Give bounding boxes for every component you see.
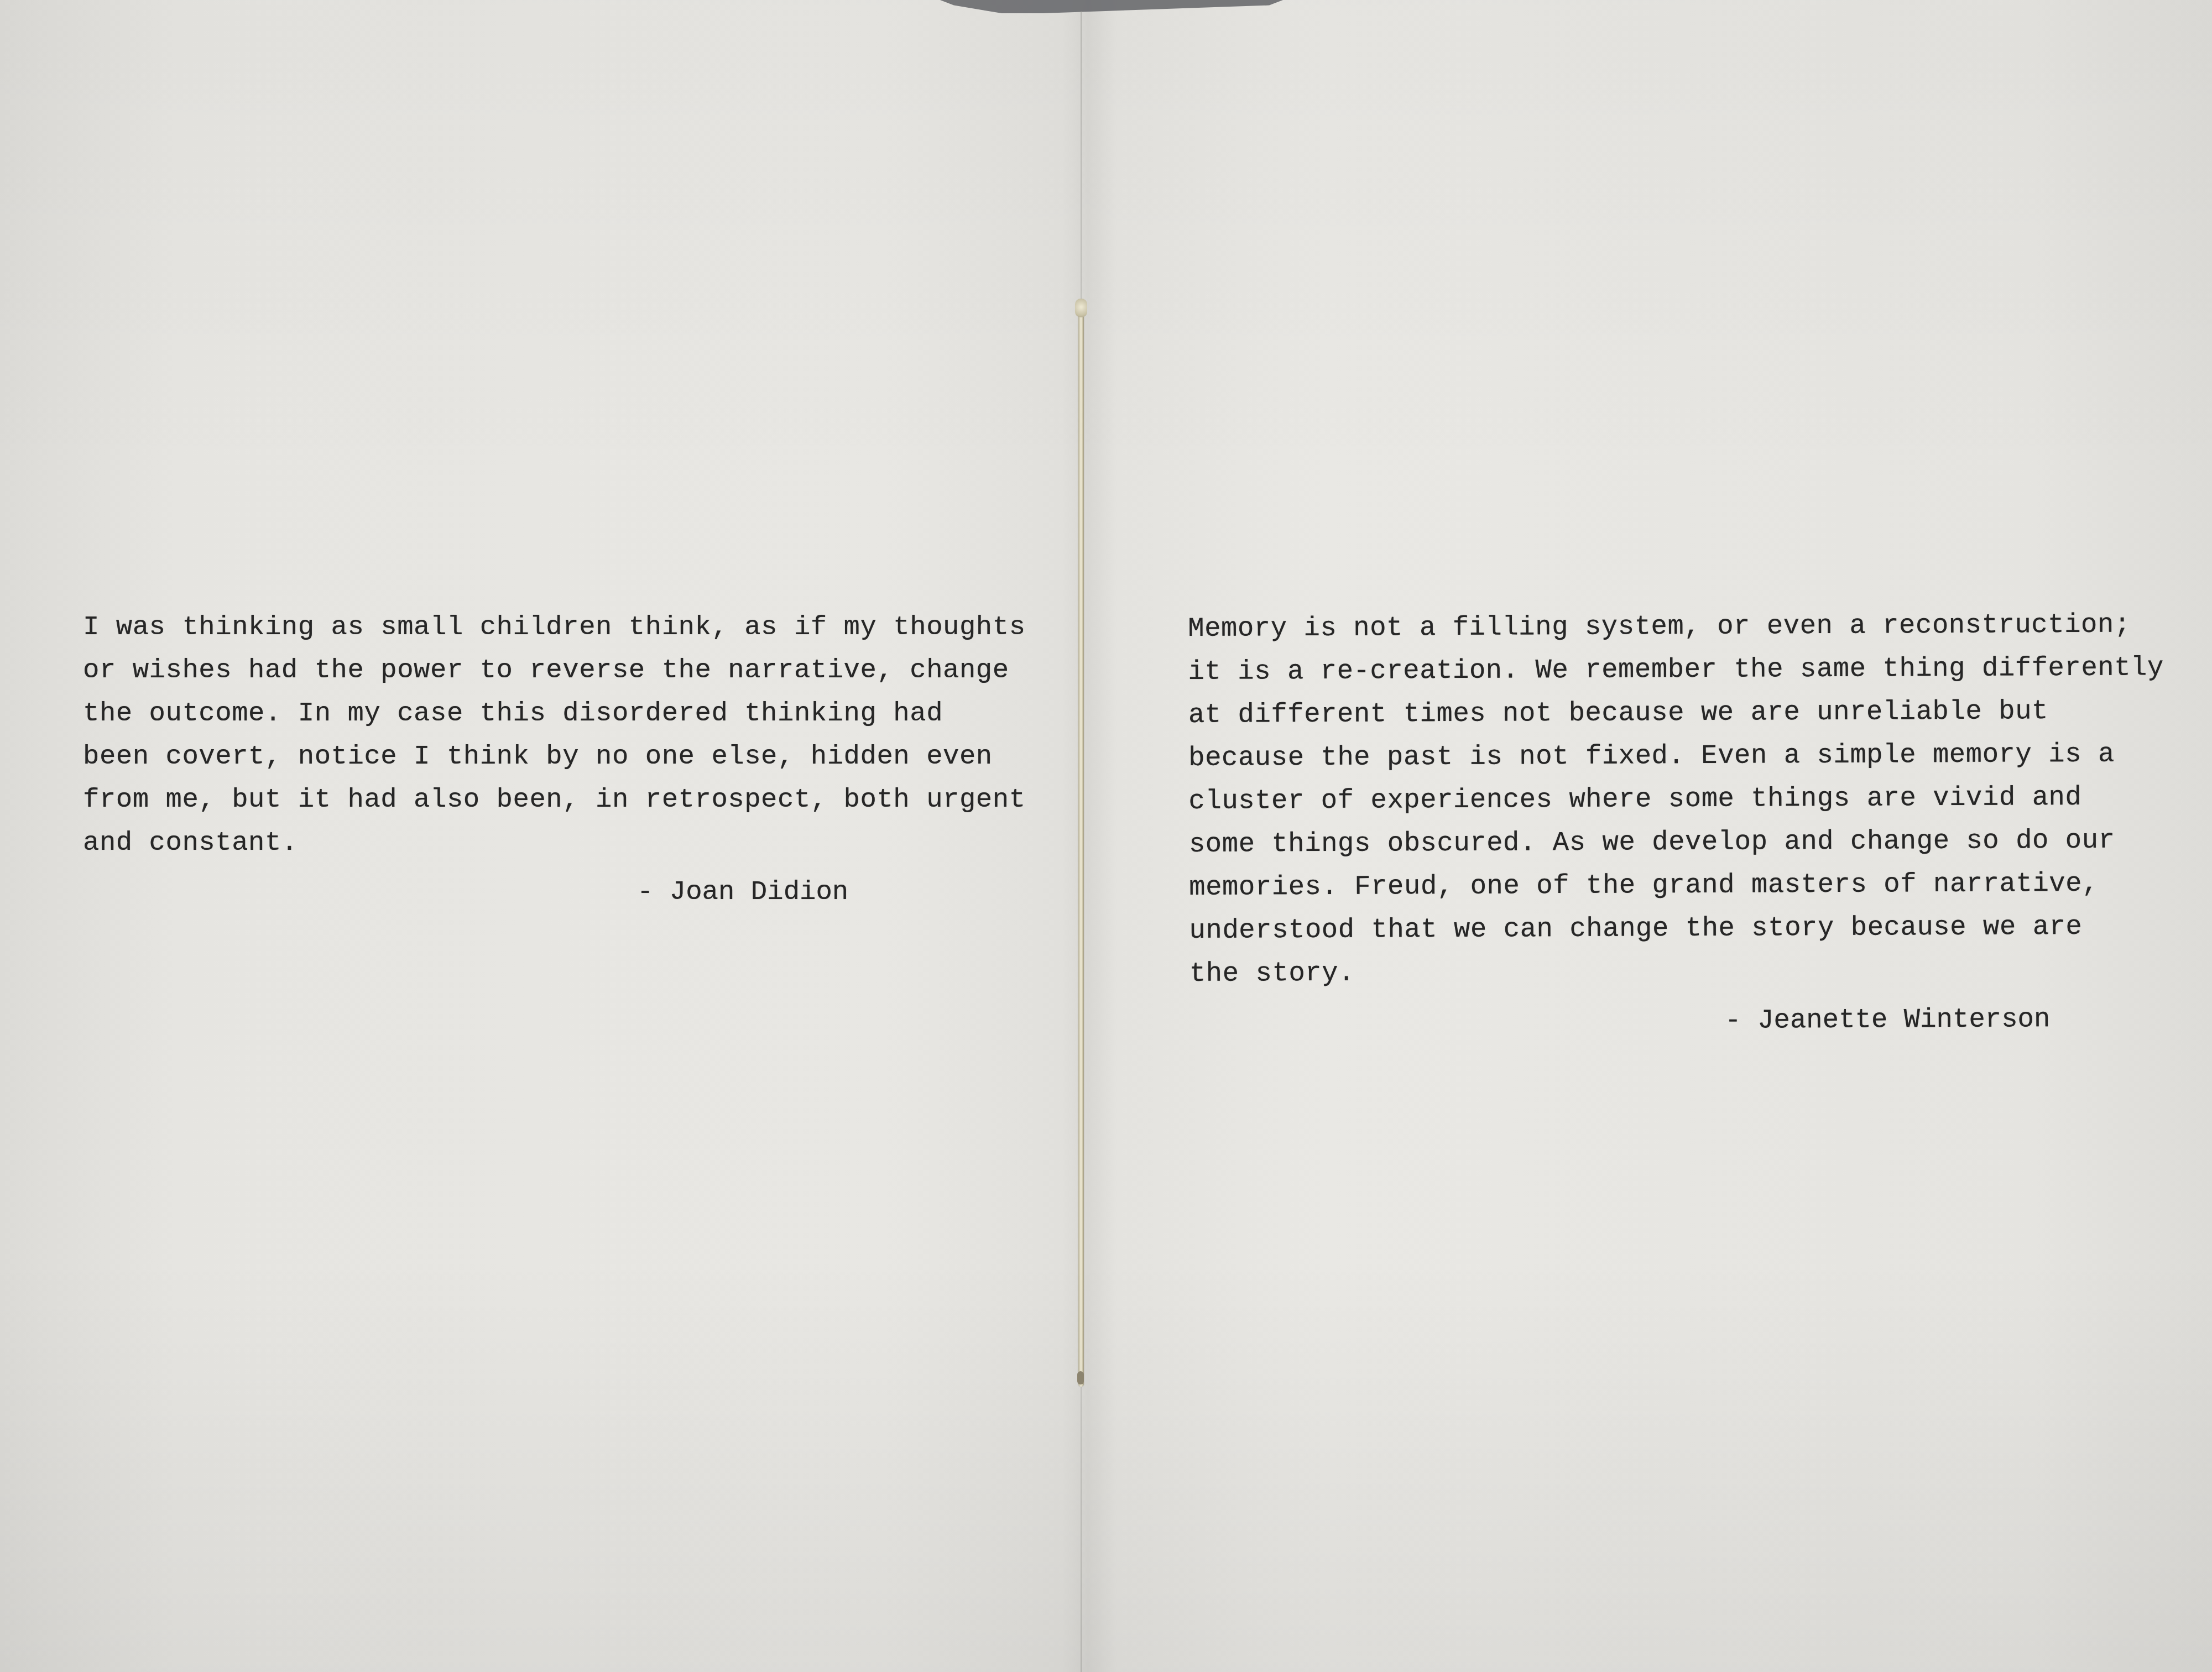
quote-line: memories. Freud, one of the grand master… [1189,861,2173,909]
binding-thread [1078,303,1084,1387]
background-fabric [940,0,1283,13]
quote-line: the story. [1190,948,2174,995]
quote-attribution: - Joan Didion [637,876,1023,907]
quote-line: Memory is not a filling system, or even … [1188,603,2172,650]
booklet-spread: I was thinking as small children think, … [0,0,2212,1672]
quote-line: some things obscured. As we develop and … [1189,818,2173,866]
quote-line: understood that we can change the story … [1189,905,2173,952]
quote-line: because the past is not fixed. Even a si… [1188,732,2173,780]
quote-line: I was thinking as small children think, … [83,605,1023,649]
quote-line: the outcome. In my case this disordered … [83,692,1023,735]
quote-line: been covert, notice I think by no one el… [83,735,1023,778]
left-page-quote: I was thinking as small children think, … [83,605,1023,907]
quote-line: or wishes had the power to reverse the n… [83,649,1023,692]
quote-line: at different times not because we are un… [1188,689,2173,736]
quote-line: it is a re-creation. We remember the sam… [1188,646,2172,693]
binding-thread-end [1077,1371,1084,1384]
right-page-quote: Memory is not a filling system, or even … [1188,603,2174,1038]
quote-attribution: - Jeanette Winterson [1725,1003,2174,1036]
binding-knot-top [1075,299,1087,317]
quote-line: and constant. [83,821,1023,864]
quote-line: cluster of experiences where some things… [1188,775,2173,823]
quote-line: from me, but it had also been, in retros… [83,778,1023,821]
